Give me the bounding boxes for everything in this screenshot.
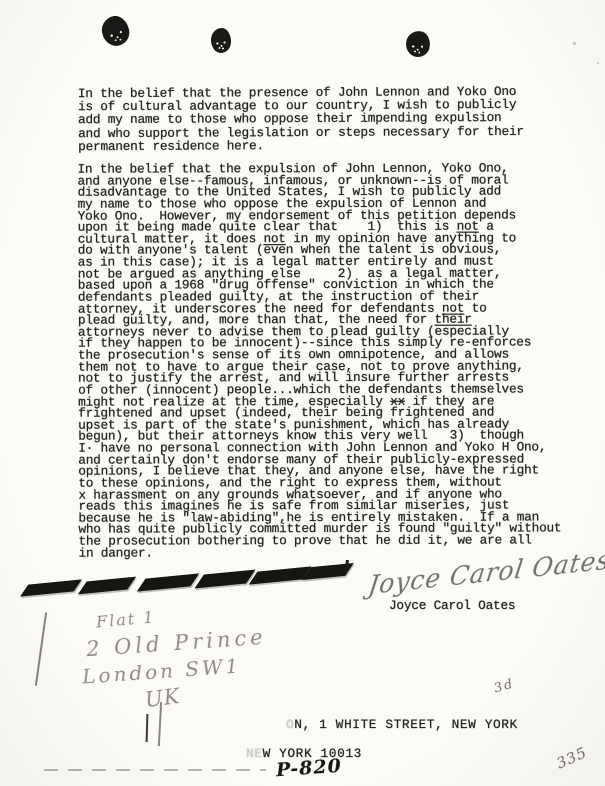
typed-signature-name: Joyce Carol Oates [389, 598, 515, 613]
scan-speck [573, 42, 576, 45]
faded-text-fragment: NE [246, 746, 263, 761]
tape-mark [78, 577, 136, 595]
tape-mark [249, 566, 312, 584]
ink-stamp-dot [211, 28, 231, 53]
faded-text-fragment: O [286, 717, 294, 732]
pencil-small-note: 3d [492, 676, 516, 696]
letter-paragraph-2: In the belief that the expulsion of John… [77, 162, 561, 559]
footer-address-text: N, 1 WHITE STREET, NEW YORK [294, 717, 518, 732]
ink-stamp-dot [404, 29, 431, 58]
pencil-slash-stroke [35, 612, 47, 686]
pencil-address-line: Flat 1 [95, 607, 156, 631]
tape-mark [194, 570, 255, 589]
tape-mark [137, 573, 200, 591]
ink-stamp-dot [99, 13, 132, 49]
tape-mark [20, 579, 82, 596]
corner-page-number: 335 [554, 743, 590, 772]
pencil-vertical-stroke [146, 714, 148, 742]
scan-speck [597, 62, 599, 64]
faded-scan-line [44, 769, 266, 771]
pencil-address-line: UK [144, 684, 182, 712]
ink-code-annotation: P-820 [275, 755, 342, 782]
letter-paragraph-1: In the belief that the presence of John … [78, 85, 524, 153]
document-page: In the belief that the presence of John … [0, 0, 605, 786]
footer-address-line-1: ON, 1 WHITE STREET, NEW YORK [286, 717, 518, 732]
